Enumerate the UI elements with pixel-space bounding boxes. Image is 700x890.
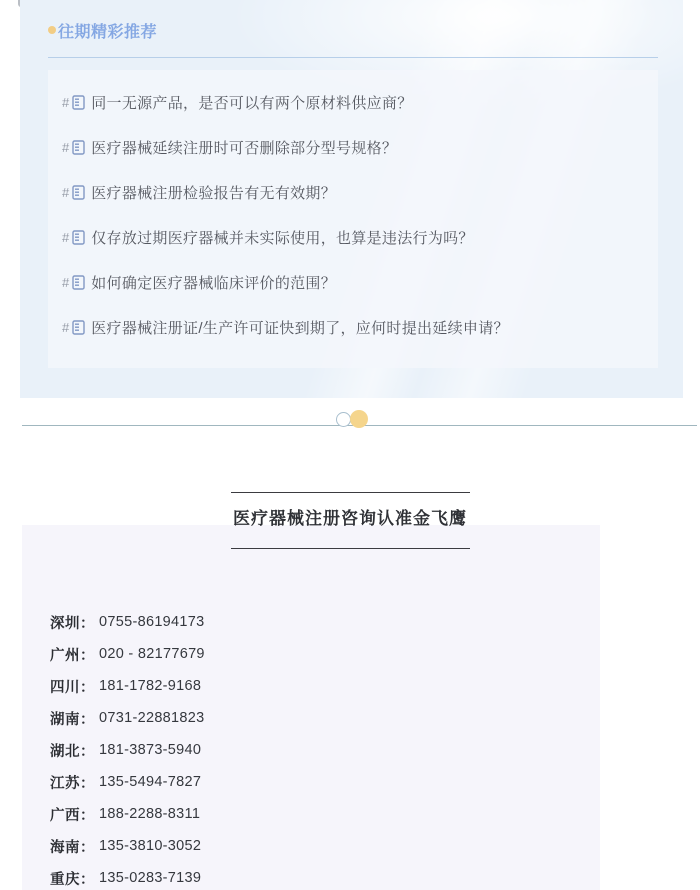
recommendation-item[interactable]: # 仅存放过期医疗器械并未实际使用，也算是违法行为吗？: [48, 215, 658, 260]
contact-city: 四川：: [50, 676, 95, 697]
document-icon: [72, 140, 85, 155]
article-page: 往期精彩推荐 # 同一无源产品，是否可以有两个原材料供应商？ # 医疗器械延续注…: [0, 0, 700, 890]
recommendation-link: 同一无源产品，是否可以有两个原材料供应商？: [91, 92, 412, 113]
recommendation-link: 仅存放过期医疗器械并未实际使用，也算是违法行为吗？: [91, 227, 474, 248]
bullet-dot-icon: [48, 26, 56, 34]
recommendation-link: 如何确定医疗器械临床评价的范围？: [91, 272, 336, 293]
recommendations-card: # 同一无源产品，是否可以有两个原材料供应商？ # 医疗器械延续注册时可否删除部…: [48, 70, 658, 368]
hashtag-prefix: #: [62, 185, 69, 200]
contact-row: 重庆： 135-0283-7139: [50, 862, 205, 890]
contact-row: 海南： 135-3810-3052: [50, 830, 205, 862]
contact-city: 广西：: [50, 804, 95, 825]
promo-title: 医疗器械注册咨询认准金飞鹰: [233, 506, 467, 532]
contact-city: 湖北：: [50, 740, 95, 761]
contact-phone: 181-3873-5940: [99, 742, 201, 758]
recommendations-panel: 往期精彩推荐 # 同一无源产品，是否可以有两个原材料供应商？ # 医疗器械延续注…: [20, 0, 683, 398]
recommendation-link: 医疗器械延续注册时可否删除部分型号规格？: [91, 137, 397, 158]
recommendations-title: 往期精彩推荐: [58, 19, 157, 42]
contact-city: 重庆：: [50, 868, 95, 889]
contact-phone: 181-1782-9168: [99, 678, 201, 694]
contact-city: 海南：: [50, 836, 95, 857]
recommendation-item[interactable]: # 同一无源产品，是否可以有两个原材料供应商？: [48, 80, 658, 125]
carousel-pagination: [0, 398, 700, 446]
contact-phone: 135-0283-7139: [99, 870, 201, 886]
contact-row: 深圳： 0755-86194173: [50, 606, 205, 638]
recommendation-item[interactable]: # 医疗器械注册检验报告有无有效期？: [48, 170, 658, 215]
contact-row: 江苏： 135-5494-7827: [50, 766, 205, 798]
contact-city: 深圳：: [50, 612, 95, 633]
header-divider: [48, 57, 658, 58]
contact-list: 深圳： 0755-86194173 广州： 020 - 82177679 四川：…: [50, 606, 205, 890]
contact-phone: 0731-22881823: [99, 710, 205, 726]
document-icon: [72, 230, 85, 245]
recommendation-link: 医疗器械注册检验报告有无有效期？: [91, 182, 336, 203]
promo-bottom-rule: [231, 548, 470, 549]
contact-city: 广州：: [50, 644, 95, 665]
recommendations-header: 往期精彩推荐: [48, 20, 157, 40]
recommendation-item[interactable]: # 医疗器械注册证/生产许可证快到期了，应何时提出延续申请？: [48, 305, 658, 350]
pagination-dot-inactive[interactable]: [336, 412, 351, 427]
contact-phone: 135-3810-3052: [99, 838, 201, 854]
contact-city: 湖南：: [50, 708, 95, 729]
contact-phone: 135-5494-7827: [99, 774, 201, 790]
hashtag-prefix: #: [62, 275, 69, 290]
recommendation-item[interactable]: # 医疗器械延续注册时可否删除部分型号规格？: [48, 125, 658, 170]
promo-title-block: 医疗器械注册咨询认准金飞鹰: [0, 492, 700, 549]
hashtag-prefix: #: [62, 230, 69, 245]
contact-row: 湖南： 0731-22881823: [50, 702, 205, 734]
recommendation-item[interactable]: # 如何确定医疗器械临床评价的范围？: [48, 260, 658, 305]
contact-phone: 0755-86194173: [99, 614, 205, 630]
document-icon: [72, 275, 85, 290]
hashtag-prefix: #: [62, 95, 69, 110]
recommendation-link: 医疗器械注册证/生产许可证快到期了，应何时提出延续申请？: [91, 317, 509, 338]
contact-row: 广西： 188-2288-8311: [50, 798, 205, 830]
pagination-dot-active[interactable]: [350, 410, 368, 428]
document-icon: [72, 185, 85, 200]
document-icon: [72, 320, 85, 335]
contact-phone: 020 - 82177679: [99, 646, 205, 662]
document-icon: [72, 95, 85, 110]
hashtag-prefix: #: [62, 140, 69, 155]
hashtag-prefix: #: [62, 320, 69, 335]
contact-row: 广州： 020 - 82177679: [50, 638, 205, 670]
contact-row: 湖北： 181-3873-5940: [50, 734, 205, 766]
contact-city: 江苏：: [50, 772, 95, 793]
contact-row: 四川： 181-1782-9168: [50, 670, 205, 702]
promo-top-rule: [231, 492, 470, 493]
contact-phone: 188-2288-8311: [99, 806, 200, 822]
